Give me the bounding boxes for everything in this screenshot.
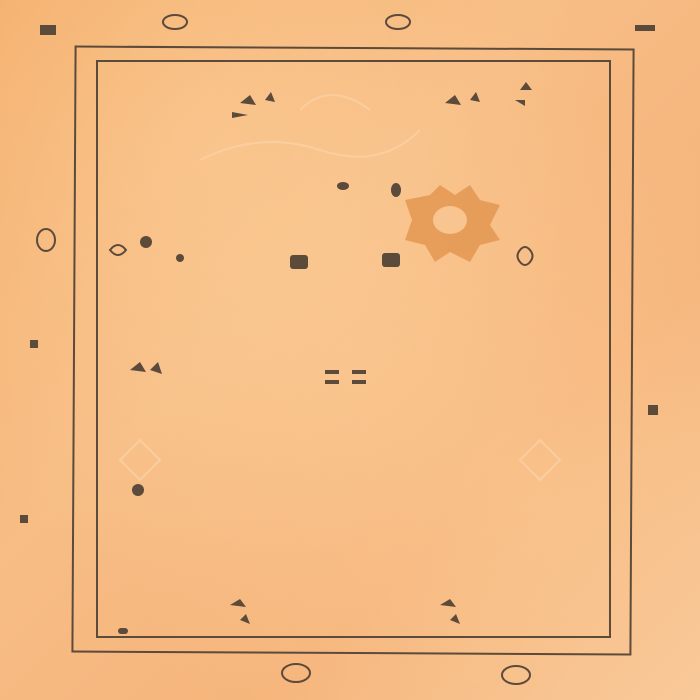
dark-flower-motifs: [20, 25, 658, 634]
pale-tracery: [120, 95, 560, 480]
center-medallion: [405, 185, 500, 262]
outlined-motifs: [37, 15, 533, 684]
rug-photo: [0, 0, 700, 700]
rug-motifs: [0, 0, 700, 700]
